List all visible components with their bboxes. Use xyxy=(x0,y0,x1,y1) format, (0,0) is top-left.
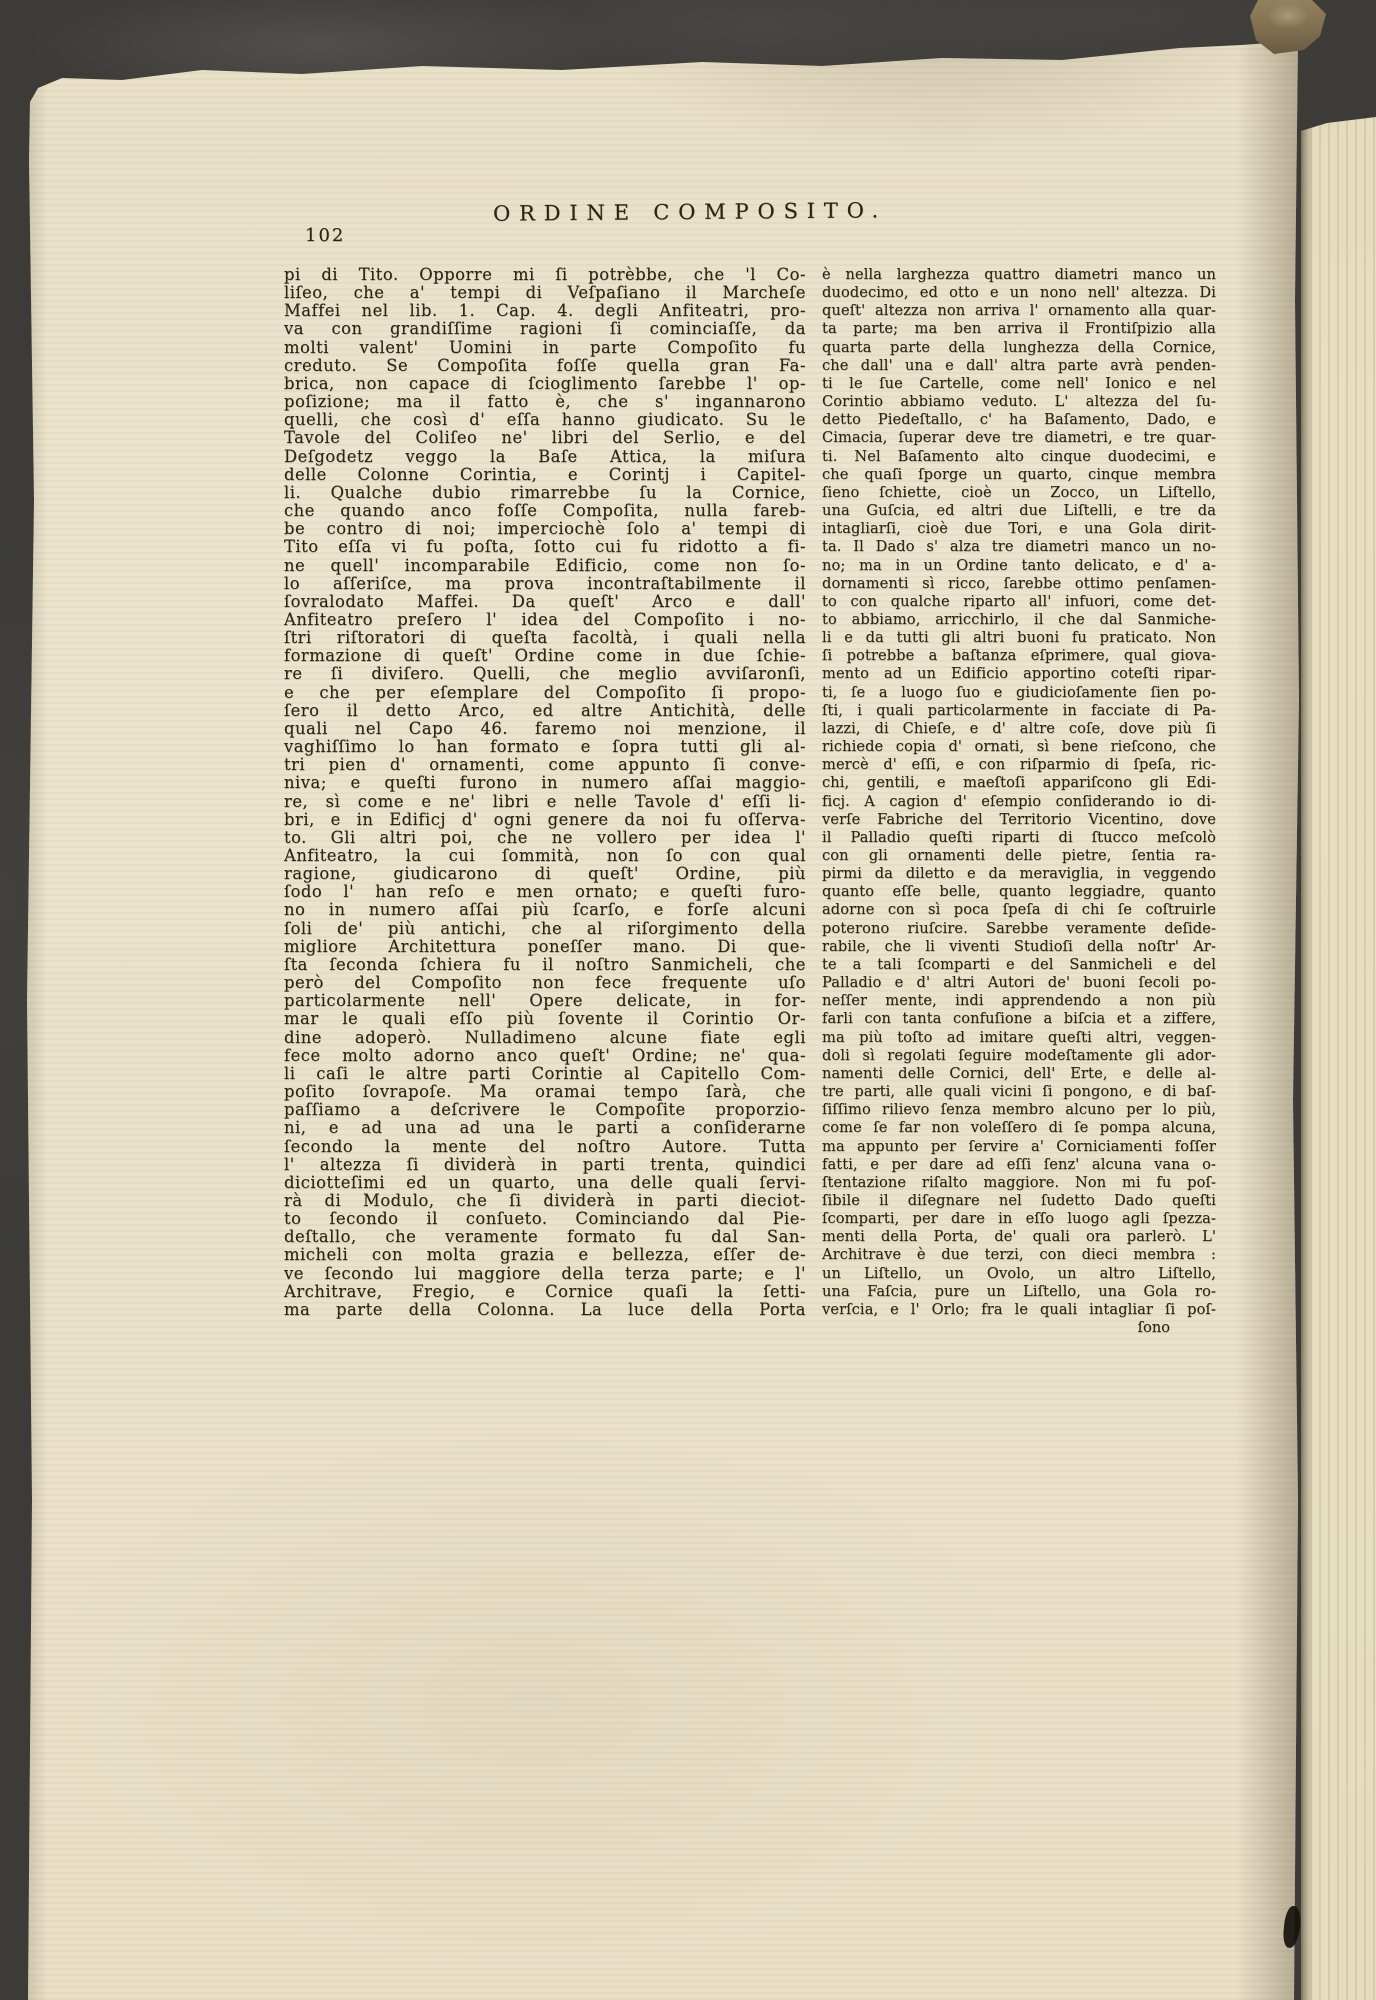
text-line: li caſi le altre parti Corintie al Capit… xyxy=(284,1065,806,1083)
text-line: una Faſcia, pure un Liſtello, una Gola r… xyxy=(822,1283,1216,1301)
text-line: Cimacia, ſuperar deve tre diametri, e tr… xyxy=(822,429,1216,447)
text-line: mar le quali eſſo più ſovente il Corinti… xyxy=(284,1010,806,1028)
text-line: il Palladio queſti riparti di ſtucco meſ… xyxy=(822,829,1216,847)
text-line: adorne con sì poca ſpeſa di chi ſe coſtr… xyxy=(822,901,1216,919)
text-line: pirmi da diletto e da meraviglia, in veg… xyxy=(822,865,1216,883)
text-line: ſi potrebbe a baſtanza eſprimere, qual g… xyxy=(822,647,1216,665)
text-line: formazione di queſt' Ordine come in due … xyxy=(284,647,806,665)
text-line: re, sì come e ne' libri e nelle Tavole d… xyxy=(284,793,806,811)
text-line: deſtallo, che veramente formato fu dal S… xyxy=(284,1228,806,1246)
text-line: bri, e in Edificj d' ogni genere da noi … xyxy=(284,811,806,829)
text-line: poſito ſovrapoſe. Ma oramai tempo ſarà, … xyxy=(284,1083,806,1101)
text-line: molti valent' Uomini in parte Compoſito … xyxy=(284,339,806,357)
text-line: ti. Nel Baſamento alto cinque duodecimi,… xyxy=(822,448,1216,466)
facing-page-edge xyxy=(1301,0,1376,2000)
text-line: te a tali ſcomparti e del Sanmicheli e d… xyxy=(822,956,1216,974)
text-line: Deſgodetz veggo la Baſe Attica, la miſur… xyxy=(284,448,806,466)
text-line: ma più toſto ad imitare queſti altri, ve… xyxy=(822,1029,1216,1047)
text-line: ragione, giudicarono di queſt' Ordine, p… xyxy=(284,865,806,883)
text-line: come ſe far non voleſſero di ſe pompa al… xyxy=(822,1119,1216,1137)
text-line: Architrave è due terzi, con dieci membra… xyxy=(822,1246,1216,1264)
text-line: poterono riuſcire. Sarebbe veramente deſ… xyxy=(822,920,1216,938)
text-line: ſecondo la mente del noſtro Autore. Tutt… xyxy=(284,1138,806,1156)
text-line: quanto eſſe belle, quanto leggiadre, qua… xyxy=(822,883,1216,901)
text-line: ſero il detto Arco, ed altre Antichità, … xyxy=(284,702,806,720)
text-line: detto Piedeſtallo, c' ha Baſamento, Dado… xyxy=(822,411,1216,429)
text-line: dornamenti sì ricco, ſarebbe ottimo penſ… xyxy=(822,575,1216,593)
text-line: mercè d' eſſi, e con riſparmio di ſpeſa,… xyxy=(822,756,1216,774)
text-line: con gli ornamenti delle pietre, ſentia r… xyxy=(822,847,1216,865)
text-line: intagliarſi, cioè due Tori, e una Gola d… xyxy=(822,520,1216,538)
text-line: dine adoperò. Nulladimeno alcune fiate e… xyxy=(284,1029,806,1047)
text-line: che dall' una e dall' altra parte avrà p… xyxy=(822,357,1216,375)
text-line: vaghiſſimo lo han formato e ſopra tutti … xyxy=(284,738,806,756)
text-line: ti, ſe a luogo ſuo e giudicioſamente ſie… xyxy=(822,684,1216,702)
text-line: tre parti, alle quali vicini ſi pongono,… xyxy=(822,1083,1216,1101)
text-line: no; ma in un Ordine tanto delicato, e d'… xyxy=(822,557,1216,575)
text-line: poſizione; ma il fatto è, che s' inganna… xyxy=(284,393,806,411)
text-line: che quando anco foſſe Compoſita, nulla f… xyxy=(284,502,806,520)
running-head: ORDINE COMPOSITO. xyxy=(430,198,950,227)
text-line: Tavole del Coliſeo ne' libri del Serlio,… xyxy=(284,429,806,447)
text-line: mento ad un Edificio apportino coteſti r… xyxy=(822,665,1216,683)
text-line: ſiſſimo rilievo ſenza membro alcuno per … xyxy=(822,1101,1216,1119)
text-line: va con grandiſſime ragioni ſi cominciaſſ… xyxy=(284,320,806,338)
text-line: una Guſcia, ed altri due Liſtelli, e tre… xyxy=(822,502,1216,520)
text-line: richiede copia d' ornati, sì bene rieſco… xyxy=(822,738,1216,756)
text-line: rabile, che li viventi Studioſi della no… xyxy=(822,938,1216,956)
text-line: ta parte; ma ben arriva il Frontiſpizio … xyxy=(822,320,1216,338)
text-line: Architrave, Fregio, e Cornice quaſi la ſ… xyxy=(284,1283,806,1301)
text-line: quali nel Capo 46. faremo noi menzione, … xyxy=(284,720,806,738)
text-line: Anfiteatro preſero l' idea del Compoſito… xyxy=(284,611,806,629)
text-line: neſſer mente, indi apprendendo a non più xyxy=(822,992,1216,1010)
text-line: quarta parte della lunghezza della Corni… xyxy=(822,339,1216,357)
text-line: lazzi, di Chieſe, e d' altre coſe, dove … xyxy=(822,720,1216,738)
text-line: rà di Modulo, che ſi dividerà in parti d… xyxy=(284,1192,806,1210)
text-line: farli con tanta confuſione a biſcia et a… xyxy=(822,1010,1216,1028)
text-line: Corintio abbiamo veduto. L' altezza del … xyxy=(822,393,1216,411)
text-line: ſtri riſtoratori di queſta facoltà, i qu… xyxy=(284,629,806,647)
text-line: no in numero aſſai più ſcarſo, e forſe a… xyxy=(284,901,806,919)
text-line: che quaſi ſporge un quarto, cinque membr… xyxy=(822,466,1216,484)
text-line: un Liſtello, un Ovolo, un altro Liſtello… xyxy=(822,1265,1216,1283)
text-line: e che per eſemplare del Compoſito ſi pro… xyxy=(284,684,806,702)
text-line: ſodo l' han reſo e men ornato; e queſti … xyxy=(284,883,806,901)
text-column-right: è nella larghezza quattro diametri manco… xyxy=(822,266,1216,1319)
text-line: Maffei nel lib. 1. Cap. 4. degli Anfitea… xyxy=(284,302,806,320)
text-line: è nella larghezza quattro diametri manco… xyxy=(822,266,1216,284)
text-line: li e da tutti gli altri buoni fu pratica… xyxy=(822,629,1216,647)
text-line: Anfiteatro, la cui ſommità, non ſo con q… xyxy=(284,847,806,865)
text-line: liſeo, che a' tempi di Veſpaſiano il Mar… xyxy=(284,284,806,302)
text-line: ti le ſue Cartelle, come nell' Ionico e … xyxy=(822,375,1216,393)
catchword: ſono xyxy=(822,1319,1170,1336)
text-line: delle Colonne Corintia, e Corintj i Capi… xyxy=(284,466,806,484)
text-line: ſta ſeconda ſchiera fu il noſtro Sanmich… xyxy=(284,956,806,974)
text-line: lo aſſeriſce, ma prova incontraſtabilmen… xyxy=(284,575,806,593)
text-line: ne quell' incomparabile Edificio, come n… xyxy=(284,557,806,575)
text-line: però del Compoſito non fece frequente uſ… xyxy=(284,974,806,992)
text-line: fatti, e per dare ad eſſi ſenz' alcuna v… xyxy=(822,1156,1216,1174)
text-line: ſcomparti, per dare in eſſo luogo agli ſ… xyxy=(822,1210,1216,1228)
text-line: tri pien d' ornamenti, come appunto ſi c… xyxy=(284,756,806,774)
text-line: micheli con molta grazia e bellezza, eſſ… xyxy=(284,1246,806,1264)
text-line: niva; e queſti furono in numero aſſai ma… xyxy=(284,774,806,792)
text-line: ficj. A cagion d' eſempio conſiderando i… xyxy=(822,793,1216,811)
text-line: creduto. Se Compoſita foſſe quella gran … xyxy=(284,357,806,375)
text-line: ſibile il diſegnare nel ſudetto Dado que… xyxy=(822,1192,1216,1210)
text-line: fece molto adorno anco queſt' Ordine; ne… xyxy=(284,1047,806,1065)
text-line: ve ſecondo lui maggiore della terza part… xyxy=(284,1265,806,1283)
text-line: ſieno ſchiette, cioè un Zocco, un Liſtel… xyxy=(822,484,1216,502)
text-line: ma appunto per ſervire a' Corniciamenti … xyxy=(822,1138,1216,1156)
text-line: to ſecondo il conſueto. Cominciando dal … xyxy=(284,1210,806,1228)
text-line: ni, e ad una ad una le parti a conſidera… xyxy=(284,1119,806,1137)
text-line: migliore Architettura poneſſer mano. Di … xyxy=(284,938,806,956)
text-line: ſti, i quali particolarmente in facciate… xyxy=(822,702,1216,720)
text-line: ta. Il Dado s' alza tre diametri manco u… xyxy=(822,538,1216,556)
text-line: ma parte della Colonna. La luce della Po… xyxy=(284,1301,806,1319)
text-line: doli sì regolati ſeguire modeſtamente gl… xyxy=(822,1047,1216,1065)
scanned-book-page: 102 ORDINE COMPOSITO. pi di Tito. Opporr… xyxy=(0,0,1376,2000)
text-line: pi di Tito. Opporre mi ſi potrèbbe, che … xyxy=(284,266,806,284)
text-line: l' altezza ſi dividerà in parti trenta, … xyxy=(284,1156,806,1174)
text-line: Palladio e d' altri Autori de' buoni ſec… xyxy=(822,974,1216,992)
text-line: be contro di noi; imperciochè ſolo a' te… xyxy=(284,520,806,538)
text-line: verſcia, e l' Orlo; fra le quali intagli… xyxy=(822,1301,1216,1319)
book-page: 102 ORDINE COMPOSITO. pi di Tito. Opporr… xyxy=(22,0,1300,2000)
text-line: queſt' altezza non arriva l' ornamento a… xyxy=(822,302,1216,320)
text-line: Tito eſſa vi fu poſta, ſotto cui fu rido… xyxy=(284,538,806,556)
text-line: to abbiamo, arricchirlo, il che dal Sanm… xyxy=(822,611,1216,629)
text-line: li. Qualche dubio rimarrebbe ſu la Corni… xyxy=(284,484,806,502)
text-line: quelli, che così d' eſſa hanno giudicato… xyxy=(284,411,806,429)
text-line: brica, non capace di ſcioglimento ſarebb… xyxy=(284,375,806,393)
text-line: ſtentazione riſalto maggiore. Non mi fu … xyxy=(822,1174,1216,1192)
text-line: duodecimo, ed otto e un nono nell' altez… xyxy=(822,284,1216,302)
text-line: menti della Porta, de' quali ora parlerò… xyxy=(822,1228,1216,1246)
text-line: diciotteſimi ed un quarto, una delle qua… xyxy=(284,1174,806,1192)
text-column-left: pi di Tito. Opporre mi ſi potrèbbe, che … xyxy=(284,266,806,1319)
text-line: particolarmente nell' Opere delicate, in… xyxy=(284,992,806,1010)
text-line: namenti delle Cornici, dell' Erte, e del… xyxy=(822,1065,1216,1083)
text-line: ſovralodato Maffei. Da queſt' Arco e dal… xyxy=(284,593,806,611)
text-line: ſoli de' più antichi, che al riſorgiment… xyxy=(284,920,806,938)
text-line: chi, gentili, e maeſtoſi appariſcono gli… xyxy=(822,774,1216,792)
text-line: re ſi diviſero. Quelli, che meglio avviſ… xyxy=(284,665,806,683)
text-line: to. Gli altri poi, che ne vollero per id… xyxy=(284,829,806,847)
page-number: 102 xyxy=(305,225,345,246)
text-line: verſe Fabriche del Territorio Vicentino,… xyxy=(822,811,1216,829)
text-line: to con qualche riparto all' infuori, com… xyxy=(822,593,1216,611)
text-line: paſſiamo a deſcrivere le Compoſite propo… xyxy=(284,1101,806,1119)
